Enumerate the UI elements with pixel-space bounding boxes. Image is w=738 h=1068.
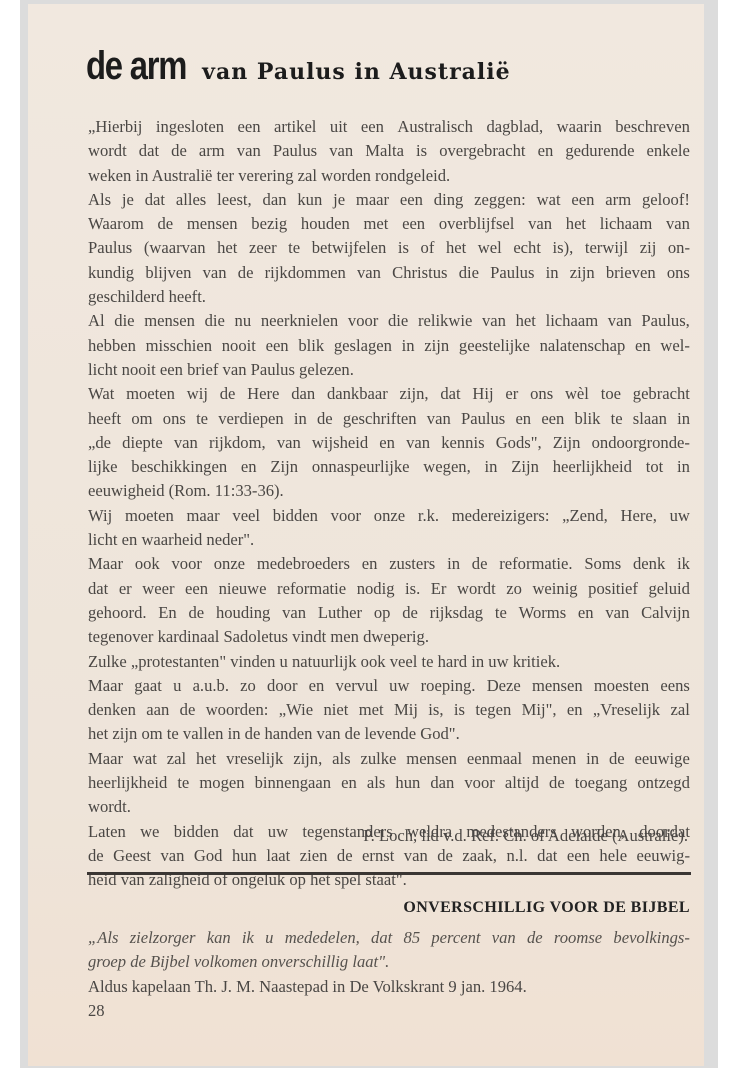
page-number: 28 [88,999,105,1023]
article-title: de arm van Paulus in Australië [86,46,511,87]
text-line: „dedieptevanrijkdom,vanwijsheidenvankenn… [88,431,690,455]
text-line: Waaromdemensenbezighoudenmeteenoverblijf… [88,212,690,236]
text-line: licht nooit een brief van Paulus gelezen… [88,358,690,382]
text-line: weken in Australië ter verering zal word… [88,164,690,188]
text-line: Paulus(waarvanhetzeertebetwijfelenisofhe… [88,236,690,260]
article-title-sub: van Paulus in Australië [202,59,510,85]
text-line: Alsjedatallesleest,dankunjemaareendingze… [88,188,690,212]
text-line: Zulke „protestanten" vinden u natuurlijk… [88,650,690,674]
article-body: „HierbijingesloteneenartikeluiteenAustra… [88,115,690,893]
text-line: heeftomonsteverdiepenindegeschriftenvanP… [88,407,690,431]
text-line: tegenover kardinaal Sadoletus vindt men … [88,625,690,649]
section-divider [87,872,691,875]
article-title-main: de arm [86,46,186,86]
text-line: eeuwigheid (Rom. 11:33-36). [88,479,690,503]
text-line: heerlijkheidtemogenbinnengaanenalshundan… [88,771,690,795]
quote-attribution: Aldus kapelaan Th. J. M. Naastepad in De… [88,975,690,999]
text-line: „HierbijingesloteneenartikeluiteenAustra… [88,115,690,139]
text-line: gehoord.EndehoudingvanLutheropderijksdag… [88,601,690,625]
text-line: wordt. [88,795,690,819]
text-line: Maarookvooronzemedebroedersenzustersinde… [88,552,690,576]
text-line: deGeestvanGodhunlaatziendeernstvandezaak… [88,844,690,868]
text-line: kundigblijvenvanderijkdommenvanChristusd… [88,261,690,285]
text-line: geschilderd heeft. [88,285,690,309]
text-line: denkenaandewoorden:„WienietmetMijis,iste… [88,698,690,722]
text-line: het zijn om te vallen in de handen van d… [88,722,690,746]
text-line: licht en waarheid neder". [88,528,690,552]
text-line: daterweereennieuwereformatienodigis.Erwo… [88,577,690,601]
text-line: lijkebeschikkingenenZijnonnaspeurlijkewe… [88,455,690,479]
quote-block: „Alszielzorgerkanikumededelen,dat85perce… [88,926,690,975]
section-heading: ONVERSCHILLIG VOOR DE BIJBEL [88,899,690,917]
text-line: WatmoetenwijdeHeredandankbaarzijn,datHij… [88,382,690,406]
text-line: „Alszielzorgerkanikumededelen,dat85perce… [88,926,690,950]
text-line: Maarwatzalhetvreselijkzijn,alszulkemense… [88,747,690,771]
text-line: Aldiemensendienuneerknielenvoordierelikw… [88,309,690,333]
text-line: hebbenmisschiennooiteenblikgeslageninzij… [88,334,690,358]
text-line: Wijmoetenmaarveelbiddenvooronzer.k.meder… [88,504,690,528]
text-line: wordtdatdearmvanPaulusvanMaltaisovergebr… [88,139,690,163]
text-line: groep de Bijbel volkomen onverschillig l… [88,950,690,974]
article-signature: P. Loch, lid v.d. Ref. Ch. of Adelaide (… [88,826,688,846]
text-line: Maargaatua.u.b.zodoorenvervuluwroeping.D… [88,674,690,698]
